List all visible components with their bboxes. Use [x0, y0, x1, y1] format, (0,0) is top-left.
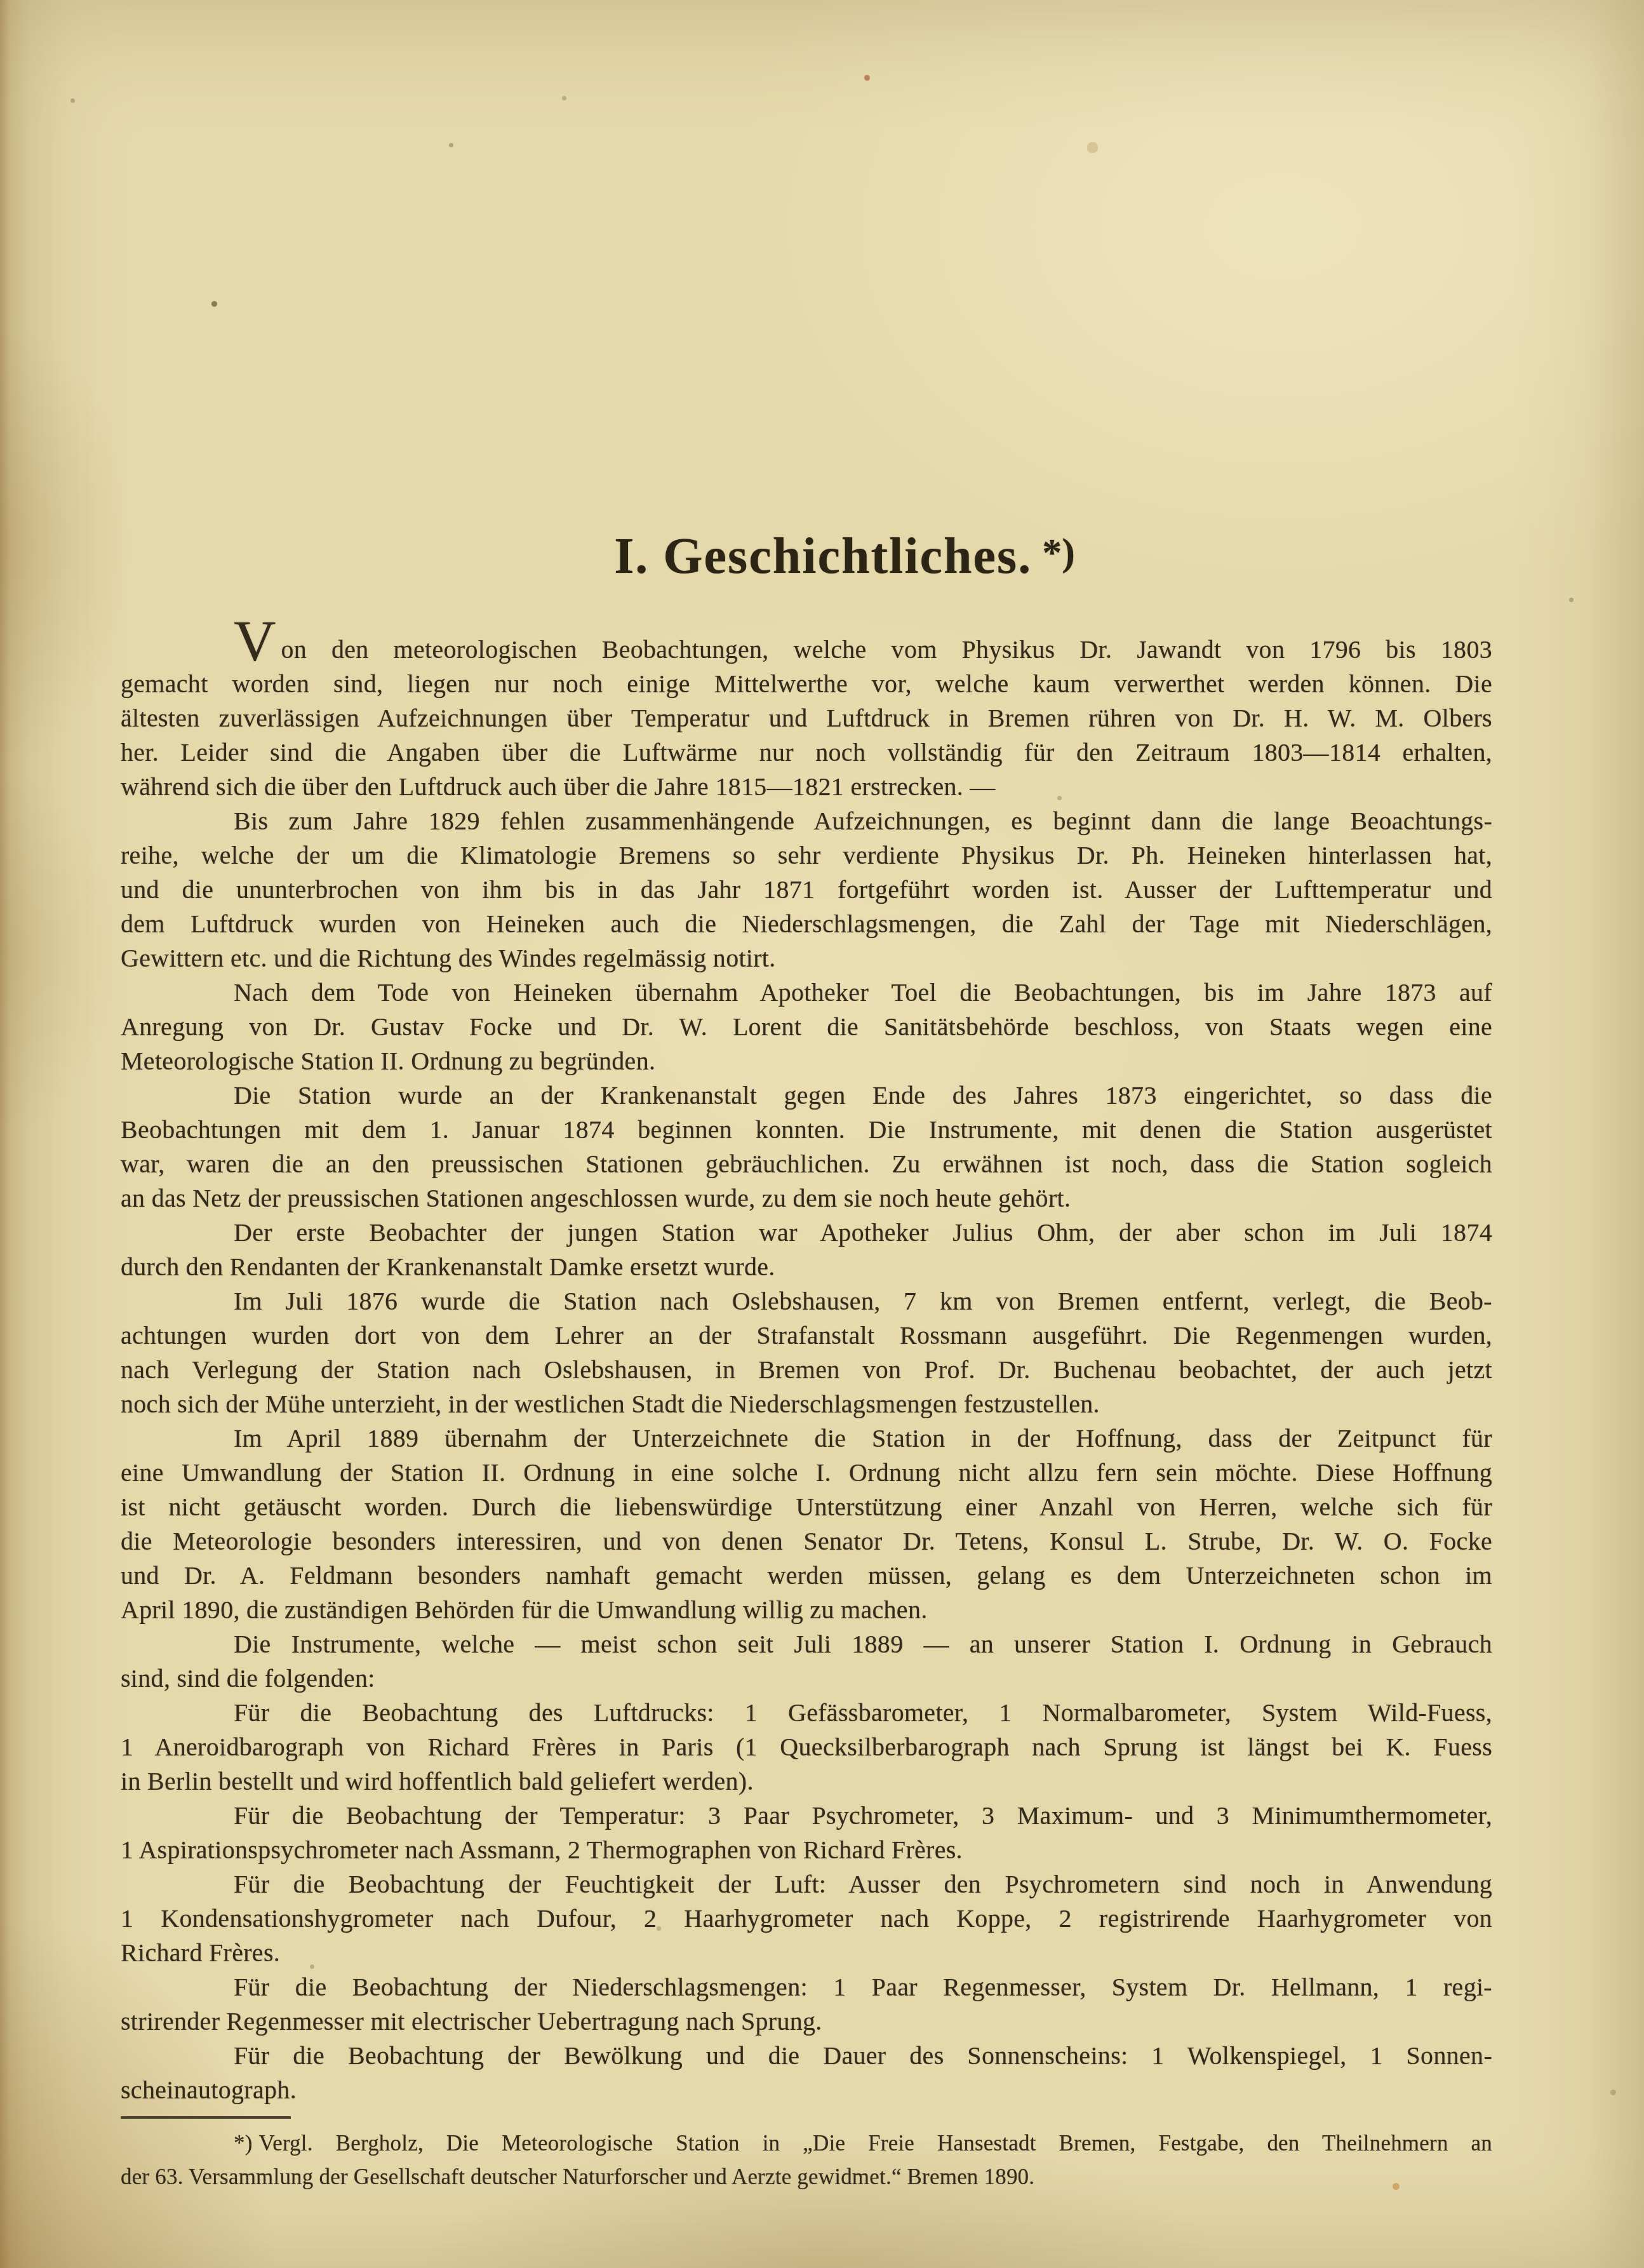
- text-line: noch sich der Mühe unterzieht, in der we…: [121, 1387, 1492, 1421]
- text-line: Im Juli 1876 wurde die Station nach Osle…: [121, 1284, 1492, 1319]
- text-line: achtungen wurden dort von dem Lehrer an …: [121, 1319, 1492, 1353]
- text-line: Richard Frères.: [121, 1936, 1492, 1970]
- text-line: Bis zum Jahre 1829 fehlen zusammenhängen…: [121, 804, 1492, 838]
- text-line: Meteorologische Station II. Ordnung zu b…: [121, 1044, 1492, 1078]
- text-line: Für die Beobachtung der Bewölkung und di…: [121, 2039, 1492, 2073]
- footnote-line: der 63. Versammlung der Gesellschaft deu…: [121, 2160, 1492, 2194]
- text-line: scheinautograph.: [121, 2073, 1492, 2107]
- text-line: Gewittern etc. und die Richtung des Wind…: [121, 941, 1492, 976]
- text-line: war, waren die an den preussischen Stati…: [121, 1147, 1492, 1181]
- text-line: Beobachtungen mit dem 1. Januar 1874 beg…: [121, 1113, 1492, 1147]
- text-line: Anregung von Dr. Gustav Focke und Dr. W.…: [121, 1010, 1492, 1044]
- text-line: 1 Kondensationshygrometer nach Dufour, 2…: [121, 1902, 1492, 1936]
- text-line: die Meteorologie besonders interessiren,…: [121, 1524, 1492, 1559]
- text-line: her. Leider sind die Angaben über die Lu…: [121, 735, 1492, 770]
- footnote-line-content: Vergl. Bergholz, Die Meteorologische Sta…: [259, 2131, 1492, 2156]
- scanned-book-page: I. Geschichtliches.*) Von den meteorolog…: [0, 0, 1644, 2268]
- section-title-text: I. Geschichtliches.: [614, 528, 1032, 584]
- footnote: *)Vergl. Bergholz, Die Meteorologische S…: [121, 2126, 1492, 2194]
- text-line: und Dr. A. Feldmann besonders namhaft ge…: [121, 1559, 1492, 1593]
- text-line: sind, sind die folgenden:: [121, 1661, 1492, 1696]
- text-line: Für die Beobachtung der Niederschlagsmen…: [121, 1970, 1492, 2004]
- text-line: dem Luftdruck wurden von Heineken auch d…: [121, 907, 1492, 941]
- text-line: reihe, welche der um die Klimatologie Br…: [121, 838, 1492, 873]
- text-line: Die Station wurde an der Krankenanstalt …: [121, 1078, 1492, 1113]
- footnote-marker: *): [234, 2131, 253, 2156]
- text-line: Für die Beobachtung der Temperatur: 3 Pa…: [121, 1799, 1492, 1833]
- text-line: 1 Aneroidbarograph von Richard Frères in…: [121, 1730, 1492, 1764]
- text-line: Nach dem Tode von Heineken übernahm Apot…: [121, 976, 1492, 1010]
- paper-speckles: [0, 0, 3, 3]
- text-line: Im April 1889 übernahm der Unterzeichnet…: [121, 1421, 1492, 1456]
- text-line: April 1890, die zuständigen Behörden für…: [121, 1593, 1492, 1627]
- text-line-content: on den meteorologischen Beobachtungen, w…: [281, 635, 1492, 664]
- title-footnote-marker: *): [1042, 531, 1075, 574]
- text-line: Von den meteorologischen Beobachtungen, …: [121, 633, 1492, 667]
- text-line: Für die Beobachtung des Luftdrucks: 1 Ge…: [121, 1696, 1492, 1730]
- text-line: während sich die über den Luftdruck auch…: [121, 770, 1492, 804]
- text-line: Die Instrumente, welche — meist schon se…: [121, 1627, 1492, 1661]
- text-line: ältesten zuverlässigen Aufzeichnungen üb…: [121, 701, 1492, 735]
- text-line: an das Netz der preussischen Stationen a…: [121, 1181, 1492, 1216]
- text-line: ist nicht getäuscht worden. Durch die li…: [121, 1490, 1492, 1524]
- text-line: nach Verlegung der Station nach Oslebsha…: [121, 1353, 1492, 1387]
- text-line: und die ununterbrochen von ihm bis in da…: [121, 873, 1492, 907]
- text-line: Für die Beobachtung der Feuchtigkeit der…: [121, 1867, 1492, 1902]
- body-text: Von den meteorologischen Beobachtungen, …: [121, 633, 1492, 2107]
- section-title: I. Geschichtliches.*): [159, 522, 1530, 587]
- footnote-separator: [121, 2116, 291, 2119]
- footnote-line: *)Vergl. Bergholz, Die Meteorologische S…: [121, 2126, 1492, 2160]
- text-line: eine Umwandlung der Station II. Ordnung …: [121, 1456, 1492, 1490]
- text-line: in Berlin bestellt und wird hoffentlich …: [121, 1764, 1492, 1799]
- text-line: durch den Rendanten der Krankenanstalt D…: [121, 1250, 1492, 1284]
- text-line: strirender Regenmesser mit electrischer …: [121, 2004, 1492, 2039]
- text-line: Der erste Beobachter der jungen Station …: [121, 1216, 1492, 1250]
- text-line: gemacht worden sind, liegen nur noch ein…: [121, 667, 1492, 701]
- text-line: 1 Aspirationspsychrometer nach Assmann, …: [121, 1833, 1492, 1867]
